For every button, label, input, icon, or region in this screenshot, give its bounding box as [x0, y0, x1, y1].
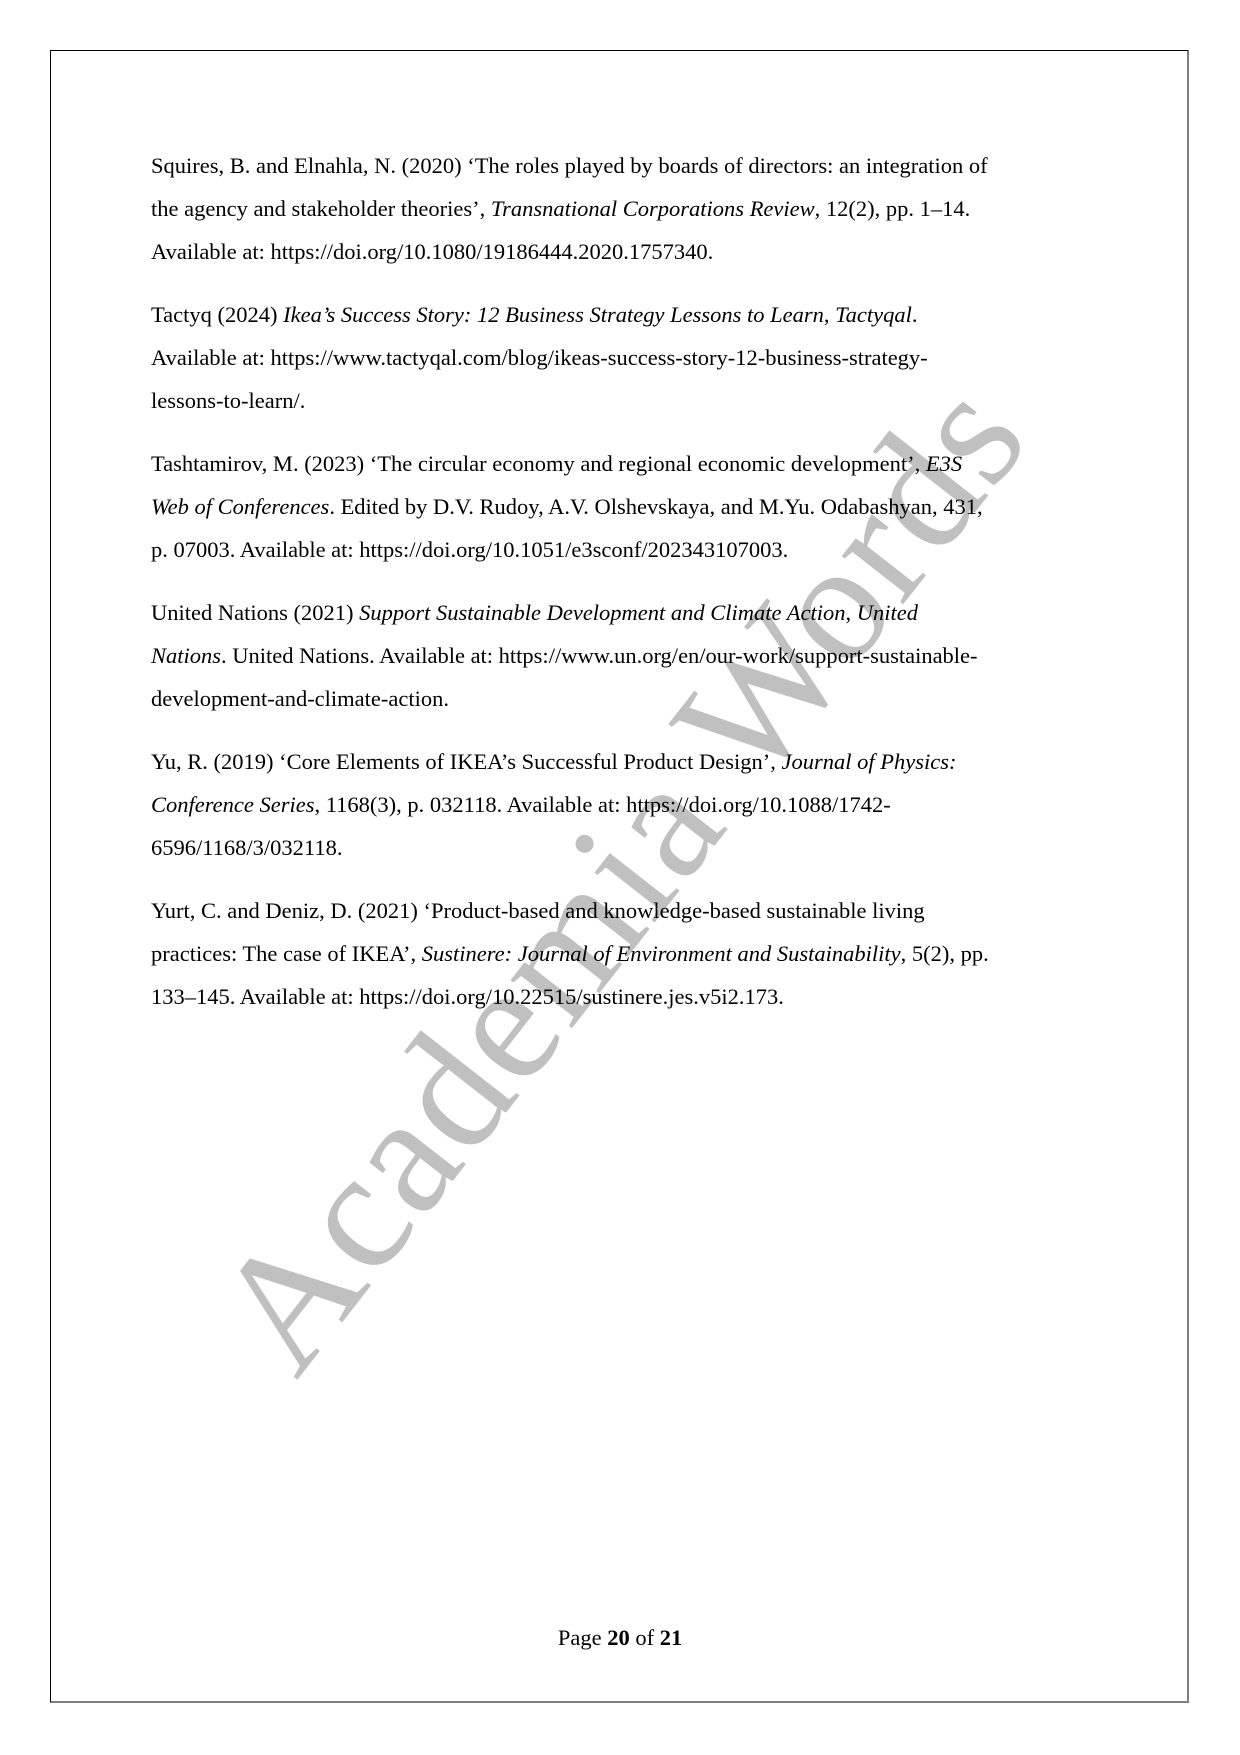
reference-line: Available at: https://doi.org/10.1080/19… [151, 230, 1111, 273]
reference-entry: Yu, R. (2019) ‘Core Elements of IKEA’s S… [151, 740, 1111, 869]
reference-text: , 12(2), pp. 1–14. [815, 196, 971, 221]
reference-entry: United Nations (2021) Support Sustainabl… [151, 591, 1111, 720]
reference-text: , [846, 600, 857, 625]
italic-title: Tactyqal [835, 302, 912, 327]
reference-line: Yurt, C. and Deniz, D. (2021) ‘Product-b… [151, 889, 1111, 932]
reference-entry: Tashtamirov, M. (2023) ‘The circular eco… [151, 442, 1111, 571]
italic-title: Transnational Corporations Review [491, 196, 815, 221]
reference-text: development-and-climate-action. [151, 686, 449, 711]
reference-text: United Nations (2021) [151, 600, 359, 625]
reference-line: Web of Conferences. Edited by D.V. Rudoy… [151, 485, 1111, 528]
reference-entry: Squires, B. and Elnahla, N. (2020) ‘The … [151, 144, 1111, 273]
italic-title: Ikea’s Success Story: 12 Business Strate… [283, 302, 824, 327]
reference-line: 133–145. Available at: https://doi.org/1… [151, 975, 1111, 1018]
reference-text: p. 07003. Available at: https://doi.org/… [151, 537, 788, 562]
reference-line: Squires, B. and Elnahla, N. (2020) ‘The … [151, 144, 1111, 187]
reference-text: Yu, R. (2019) ‘Core Elements of IKEA’s S… [151, 749, 782, 774]
reference-line: p. 07003. Available at: https://doi.org/… [151, 528, 1111, 571]
reference-line: Conference Series, 1168(3), p. 032118. A… [151, 783, 1111, 826]
italic-title: Web of Conferences [151, 494, 329, 519]
reference-text: Available at: https://doi.org/10.1080/19… [151, 239, 713, 264]
page-label: Page [558, 1625, 607, 1650]
reference-text: the agency and stakeholder theories’, [151, 196, 491, 221]
total-page-count: 21 [660, 1625, 683, 1650]
reference-text: practices: The case of IKEA’, [151, 941, 422, 966]
reference-line: Tactyq (2024) Ikea’s Success Story: 12 B… [151, 293, 1111, 336]
reference-line: practices: The case of IKEA’, Sustinere:… [151, 932, 1111, 975]
reference-list: Squires, B. and Elnahla, N. (2020) ‘The … [151, 144, 1111, 1038]
reference-line: Available at: https://www.tactyqal.com/b… [151, 336, 1111, 379]
reference-text: lessons-to-learn/. [151, 388, 305, 413]
reference-text: 6596/1168/3/032118. [151, 835, 342, 860]
italic-title: E3S [926, 451, 962, 476]
reference-text: , [824, 302, 835, 327]
reference-text: , 1168(3), p. 032118. Available at: http… [315, 792, 891, 817]
reference-text: . [912, 302, 918, 327]
reference-line: 6596/1168/3/032118. [151, 826, 1111, 869]
reference-text: . United Nations. Available at: https://… [221, 643, 978, 668]
italic-title: Conference Series [151, 792, 315, 817]
reference-line: development-and-climate-action. [151, 677, 1111, 720]
reference-text: Available at: https://www.tactyqal.com/b… [151, 345, 928, 370]
reference-line: lessons-to-learn/. [151, 379, 1111, 422]
reference-line: Nations. United Nations. Available at: h… [151, 634, 1111, 677]
current-page-number: 20 [607, 1625, 630, 1650]
reference-line: Tashtamirov, M. (2023) ‘The circular eco… [151, 442, 1111, 485]
reference-text: Yurt, C. and Deniz, D. (2021) ‘Product-b… [151, 898, 925, 923]
reference-text: , 5(2), pp. [901, 941, 989, 966]
reference-line: the agency and stakeholder theories’, Tr… [151, 187, 1111, 230]
italic-title: United [857, 600, 918, 625]
reference-line: United Nations (2021) Support Sustainabl… [151, 591, 1111, 634]
italic-title: Support Sustainable Development and Clim… [359, 600, 845, 625]
reference-text: Squires, B. and Elnahla, N. (2020) ‘The … [151, 153, 988, 178]
reference-text: Tashtamirov, M. (2023) ‘The circular eco… [151, 451, 926, 476]
page-footer: Page 20 of 21 [0, 1624, 1240, 1652]
page-of-label: of [630, 1625, 660, 1650]
reference-entry: Yurt, C. and Deniz, D. (2021) ‘Product-b… [151, 889, 1111, 1018]
reference-entry: Tactyq (2024) Ikea’s Success Story: 12 B… [151, 293, 1111, 422]
reference-text: Tactyq (2024) [151, 302, 283, 327]
italic-title: Sustinere: Journal of Environment and Su… [422, 941, 901, 966]
italic-title: Journal of Physics: [782, 749, 957, 774]
reference-line: Yu, R. (2019) ‘Core Elements of IKEA’s S… [151, 740, 1111, 783]
reference-text: 133–145. Available at: https://doi.org/1… [151, 984, 784, 1009]
italic-title: Nations [151, 643, 221, 668]
reference-text: . Edited by D.V. Rudoy, A.V. Olshevskaya… [329, 494, 982, 519]
